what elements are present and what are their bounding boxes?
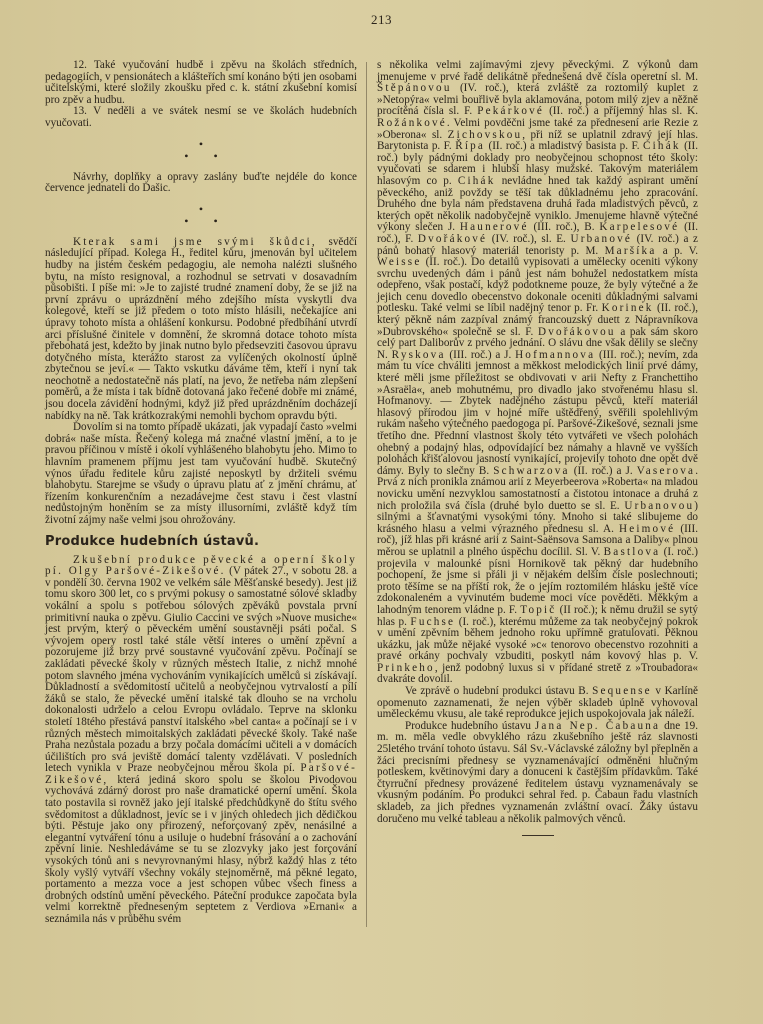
spaced-name: Sequense bbox=[592, 685, 652, 697]
paragraph-cabaun: Produkce hudebního ústavu Jana Nep. Čaba… bbox=[377, 721, 698, 825]
spaced-name: Urbanovou bbox=[624, 500, 694, 512]
left-column: 12. Také vyučování hudbě i zpěvu na škol… bbox=[45, 60, 357, 926]
right-column: s několika velmi zajímavými zjevy pěveck… bbox=[377, 60, 698, 836]
text: (III. roč.); nevím, zda mám tu více chvá… bbox=[377, 349, 698, 477]
spaced-name: Haunerové bbox=[460, 221, 529, 233]
text: (III. roč.), B. bbox=[529, 221, 600, 233]
text: (III. roč.) a J. bbox=[446, 349, 515, 361]
spaced-name: Ryskova bbox=[392, 349, 446, 361]
spaced-name: Hofmannova bbox=[515, 349, 595, 361]
text: svědčí následující případ. Kolega H., ře… bbox=[45, 236, 357, 422]
text: dne 19. m. m. měla vedle obvyklého rázu … bbox=[377, 720, 698, 825]
spaced-name: Prinkeho bbox=[377, 662, 435, 674]
spaced-name: Heimové bbox=[619, 523, 675, 535]
spaced-name: Dvořákovou bbox=[538, 326, 616, 338]
paragraph-production: Zkušební produkce pěvecké a operní školy… bbox=[45, 555, 357, 926]
text: Produkce hudebního ústavu bbox=[405, 720, 535, 732]
spaced-name: Štěpánovou bbox=[377, 82, 452, 94]
text: (II. roč.) a příjemný hlas sl. K. bbox=[544, 105, 698, 117]
spaced-name: Zichovskou bbox=[448, 129, 523, 141]
paragraph-rule-12: 12. Také vyučování hudbě i zpěvu na škol… bbox=[45, 60, 357, 106]
text: (II. roč.) a J. bbox=[570, 465, 637, 477]
section-heading: Produkce hudebních ústavů. bbox=[45, 535, 357, 549]
spaced-name: Bastlova bbox=[604, 546, 661, 558]
text: Ve zprávě o hudební produkci ústavu B. bbox=[405, 685, 592, 697]
paragraph-positions: Dovolím si na tomto případě ukázati, jak… bbox=[45, 422, 357, 526]
section-divider: •• • bbox=[45, 203, 357, 227]
paragraph-review-continued: s několika velmi zajímavými zjevy pěveck… bbox=[377, 60, 698, 686]
spaced-name: Vaserova bbox=[637, 465, 695, 477]
spaced-name: Cihák bbox=[458, 175, 496, 187]
section-divider: •• • bbox=[45, 138, 357, 162]
text: (V pátek 27., v sobotu 28. a v pondělí 3… bbox=[45, 565, 357, 774]
text: která jediná skoro spolu se školou Pivod… bbox=[45, 774, 357, 925]
text: a p. V. bbox=[656, 245, 698, 257]
paragraph-rule-13: 13. V neděli a ve svátek nesmí se ve ško… bbox=[45, 106, 357, 129]
spaced-lead: Kterak sami jsme svými škůdci, bbox=[73, 236, 317, 248]
paragraph-proposals: Návrhy, doplňky a opravy zaslány buďte n… bbox=[45, 172, 357, 195]
spaced-name: Pekárkové bbox=[477, 105, 544, 117]
text: (II. roč.) a mladistvý basista p. F. bbox=[485, 140, 643, 152]
spaced-name: Maršíka bbox=[605, 245, 657, 257]
spaced-name: Jana Nep. Čabauna bbox=[535, 720, 660, 732]
paragraph-sequens: Ve zprávě o hudební produkci ústavu B. S… bbox=[377, 686, 698, 721]
spaced-name: Schwarzova bbox=[493, 465, 569, 477]
end-rule bbox=[522, 835, 554, 836]
column-rule bbox=[366, 62, 367, 927]
paragraph-case: Kterak sami jsme svými škůdci, svědčí ná… bbox=[45, 237, 357, 423]
spaced-name: Korinek bbox=[602, 302, 654, 314]
spaced-name: Weisse bbox=[377, 256, 421, 268]
spaced-name: Dvořákové bbox=[418, 233, 487, 245]
spaced-name: Topič bbox=[520, 604, 556, 616]
spaced-name: Karpelesové bbox=[599, 221, 679, 233]
spaced-name: Cihák bbox=[643, 140, 681, 152]
spaced-name: Fuchse bbox=[410, 616, 455, 628]
text: (IV. roč.), sl. E. bbox=[487, 233, 570, 245]
spaced-name: Řípa bbox=[455, 140, 485, 152]
spaced-name: Rožánkové bbox=[377, 117, 447, 129]
page-number: 213 bbox=[0, 12, 763, 28]
spaced-name: Urbanové bbox=[570, 233, 632, 245]
text: s několika velmi zajímavými zjevy pěveck… bbox=[377, 59, 698, 83]
